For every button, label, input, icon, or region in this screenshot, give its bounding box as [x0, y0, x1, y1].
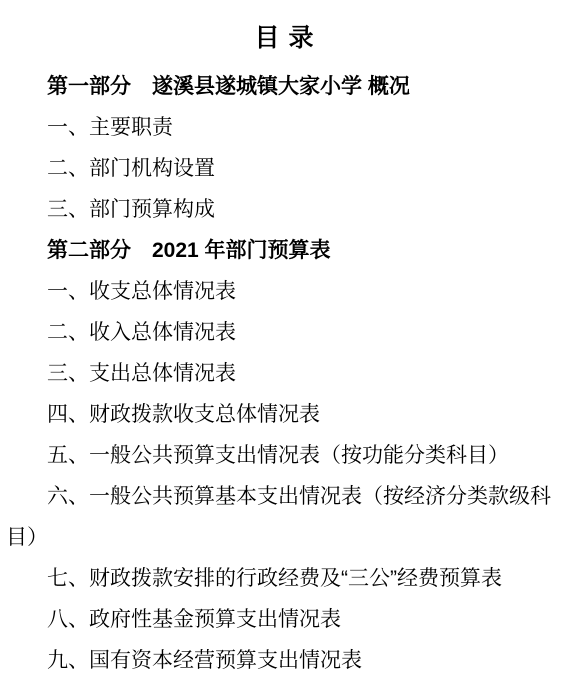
- toc-item: 一、主要职责: [6, 107, 563, 148]
- toc-section-2-heading: 第二部分 2021 年部门预算表: [6, 230, 563, 271]
- toc-item: 一、收支总体情况表: [6, 271, 563, 312]
- toc-item: 二、收入总体情况表: [6, 312, 563, 353]
- toc-item: 六、一般公共预算基本支出情况表（按经济分类款级科目）: [6, 476, 563, 558]
- toc-section-1-heading: 第一部分 遂溪县遂城镇大家小学 概况: [6, 66, 563, 107]
- toc-title: 目 录: [6, 22, 563, 54]
- toc-item: 五、一般公共预算支出情况表（按功能分类科目）: [6, 435, 563, 476]
- toc-item: 四、财政拨款收支总体情况表: [6, 394, 563, 435]
- document-page: 目 录 第一部分 遂溪县遂城镇大家小学 概况 一、主要职责 二、部门机构设置 三…: [0, 0, 579, 685]
- toc-item: 三、支出总体情况表: [6, 353, 563, 394]
- toc-item: 七、财政拨款安排的行政经费及“三公”经费预算表: [6, 558, 563, 599]
- toc-item: 二、部门机构设置: [6, 148, 563, 189]
- toc-item: 三、部门预算构成: [6, 189, 563, 230]
- toc-item: 九、国有资本经营预算支出情况表: [6, 640, 563, 681]
- toc-item: 八、政府性基金预算支出情况表: [6, 599, 563, 640]
